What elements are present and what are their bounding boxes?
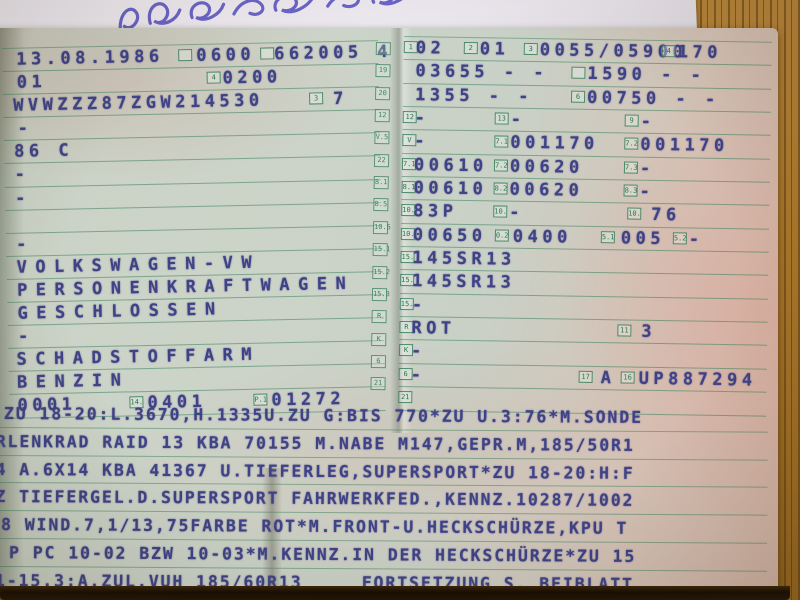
typed-value: 7 — [333, 89, 348, 109]
typed-value: 00750 - - — [587, 88, 720, 110]
field-number-label: 3 — [309, 92, 323, 104]
photo-of-vehicle-document: { "scene": { "description_labels": { "do… — [0, 0, 800, 600]
typed-value: 01 — [17, 72, 47, 93]
field-number-label: 13 — [495, 112, 509, 124]
field-number-label: 7.2 — [494, 159, 508, 171]
field-number-label: 5.2 — [673, 232, 687, 244]
spine-field-number-label: 19 — [375, 64, 390, 77]
typed-value: - — [411, 342, 426, 362]
typed-value: ROT — [411, 318, 456, 339]
typed-value: 3 — [641, 322, 656, 342]
typed-value: 145SR13 — [412, 248, 515, 270]
remark-text: RLENKRAD RAID 13 KBA 70155 M.NABE M147,G… — [0, 432, 635, 455]
field-number-label: 11 — [617, 325, 631, 337]
field-number-label: 7.3 — [624, 161, 638, 173]
table-edge-shadow — [0, 586, 790, 600]
remark-text: P PC 10-02 BZW 10-03*M.KENNZ.IN DER HECK… — [9, 543, 636, 566]
spine-field-number-label: 6 — [371, 355, 386, 368]
typed-value: 86 C — [14, 141, 73, 162]
typed-value: WVWZZZ87ZGW214530 — [13, 91, 264, 116]
typed-value: 03655 - - — [415, 62, 548, 84]
typed-value: - — [415, 108, 430, 128]
typed-value: - — [689, 229, 704, 249]
field-number-label: 17 — [579, 371, 593, 383]
typed-value: GESCHLOSSEN — [17, 299, 223, 323]
typed-value: 0600 — [196, 45, 255, 66]
spine-field-number-label: V.5 — [374, 131, 389, 144]
typed-value: - — [640, 158, 655, 178]
field-number-label: 2 — [464, 42, 478, 54]
typed-value: A — [600, 368, 615, 388]
typed-value: 662005 4 — [274, 42, 392, 64]
typed-value: - — [639, 182, 654, 202]
typed-value: SCHADSTOFFARM — [16, 345, 260, 370]
typed-value: 01 — [480, 39, 510, 59]
remark-text: 4 A.6X14 KBA 41367 U.TIEFERLEG,SUPERSPOR… — [0, 460, 635, 483]
typed-value: 145SR13 — [412, 272, 515, 294]
typed-value: 00610 — [414, 155, 488, 176]
field-number-label: 10.2 — [493, 206, 507, 218]
spine-field-number-label: 20 — [375, 87, 390, 100]
field-number-label: 4 — [207, 72, 221, 84]
field-number-label: 7.2 — [624, 138, 638, 150]
typed-value: 1355 - - — [415, 85, 533, 107]
spine-field-number-label: R — [372, 310, 387, 323]
typed-value: 00650 — [413, 225, 487, 246]
typed-value: 76 — [651, 205, 681, 225]
typed-value: - — [414, 132, 429, 152]
typed-value: - — [15, 188, 30, 208]
spine-field-number-label: K — [371, 333, 386, 346]
remarks-text-block: ZU 18-20:L.3670,H.1335U.ZU G:BIS 770*ZU … — [0, 400, 768, 599]
field-number-label: 5.1 — [601, 231, 615, 243]
field-number-label: 16 — [621, 371, 635, 383]
field-number-label: 0.2 — [495, 229, 509, 241]
spine-field-number-label: 21 — [370, 377, 385, 390]
typed-value: 1590 - - — [587, 64, 705, 86]
typed-value: - — [16, 234, 31, 254]
typed-value: 005 — [621, 228, 666, 249]
remark-text: Z TIEFERGEL.D.SUPERSPORT FAHRWERKFED.,KE… — [0, 487, 634, 510]
field-number-label: 4 — [662, 45, 676, 57]
typed-value: - — [641, 112, 656, 132]
typed-value: BENZIN — [17, 371, 130, 393]
field-number-label: 8.2 — [494, 182, 508, 194]
spine-field-number-label: 12 — [375, 109, 390, 122]
field-number-label: 7.1 — [494, 136, 508, 148]
typed-value: 001170 — [510, 133, 599, 154]
typed-value: - — [511, 110, 526, 130]
typed-value: - — [411, 365, 426, 385]
vehicle-registration-document: 13.08.19860600662005 40140200WVWZZZ87ZGW… — [0, 28, 778, 590]
typed-value: 0200 — [222, 67, 281, 88]
typed-value: 00620 — [510, 156, 584, 177]
typed-value: UP887294 — [638, 369, 756, 391]
remark-text: 88 WIND.7,1/13,75FARBE ROT*M.FRONT-U.HEC… — [0, 515, 628, 538]
spine-field-number-label: 15.3 — [372, 288, 387, 301]
field-number-label: 6 — [571, 90, 585, 102]
spine-field-number-label: 15.1 — [373, 243, 388, 256]
typed-value: 02 — [416, 38, 446, 58]
typed-value: VOLKSWAGEN-VW — [16, 252, 260, 277]
spine-field-number-label: 10.5 — [373, 221, 388, 234]
typed-value: - — [14, 165, 29, 185]
spine-field-number-label: 8.5 — [373, 198, 388, 211]
field-number-label — [260, 47, 274, 59]
spine-field-number-label: 8.1 — [374, 176, 389, 189]
typed-value: - — [412, 295, 427, 315]
typed-value: 00620 — [509, 180, 583, 201]
typed-value: 0400 — [513, 226, 572, 247]
typed-value: 001170 — [640, 135, 729, 156]
spine-field-number-label: 4 — [376, 42, 391, 55]
typed-value: 00610 — [413, 178, 487, 199]
left-data-column: 13.08.19860600662005 40140200WVWZZZ87ZGW… — [2, 40, 386, 418]
typed-value: - — [509, 203, 524, 223]
field-number-label — [571, 67, 585, 79]
remark-text: ZU 18-20:L.3670,H.1335U.ZU G:BIS 770*ZU … — [4, 404, 643, 427]
typed-value: - — [18, 327, 33, 347]
typed-value: - — [17, 119, 32, 139]
typed-value: 83P — [413, 202, 458, 223]
field-number-label: 8.3 — [624, 185, 638, 197]
field-number-label: 9 — [625, 115, 639, 127]
typed-value: 170 — [678, 42, 723, 63]
field-number-label — [178, 49, 192, 61]
typed-value: 13.08.1986 — [16, 47, 164, 70]
field-number-label: 10.3 — [627, 208, 641, 220]
spine-field-number-label: 22 — [374, 154, 389, 167]
field-number-label: 3 — [524, 43, 538, 55]
right-data-column: 10220130055/05900417003655 - -1590 - -13… — [398, 36, 772, 416]
spine-field-number-label: 15.2 — [372, 265, 387, 278]
